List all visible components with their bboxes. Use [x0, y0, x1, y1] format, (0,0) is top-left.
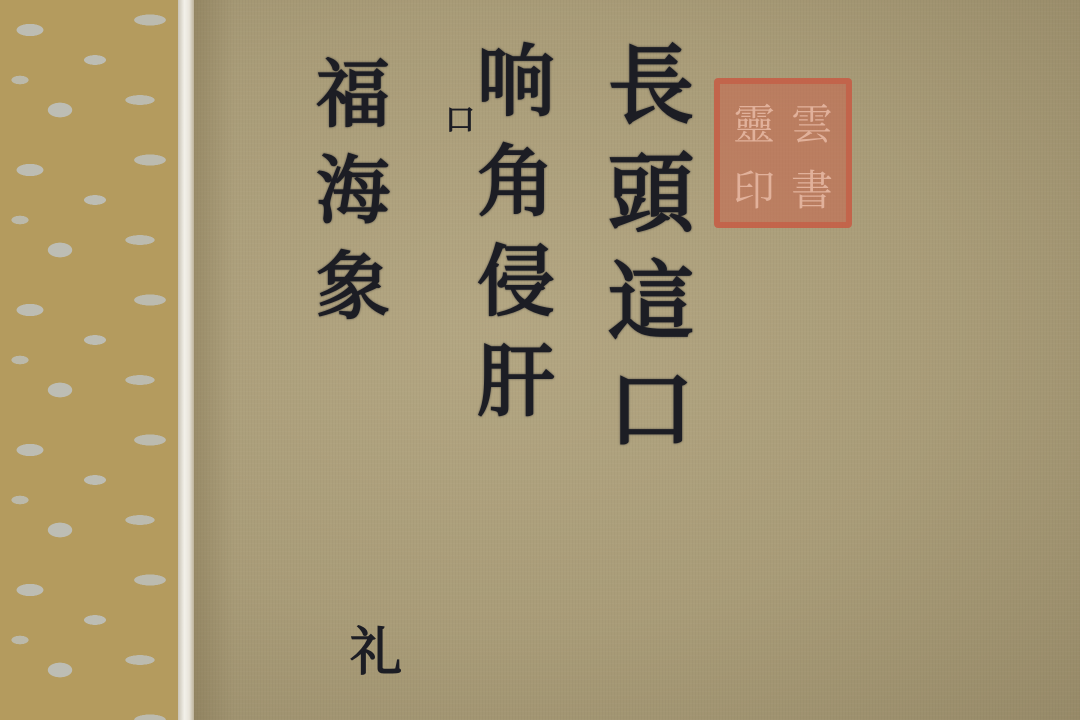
scroll-border-piping — [178, 0, 194, 720]
brocade-mounting — [0, 0, 188, 720]
red-seal-stamp: 靈 雲 印 書 — [714, 78, 852, 228]
calligraphy-column-1: 長頭這口 — [600, 40, 686, 472]
seal-char: 書 — [786, 158, 838, 218]
calligraphy-column-3: 福海象 — [310, 55, 384, 343]
seal-char: 靈 — [728, 92, 780, 152]
seal-char: 印 — [728, 158, 780, 218]
calligraphy-small-char: 口 — [445, 95, 475, 139]
seal-char: 雲 — [786, 92, 838, 152]
calligraphy-column-2: 响角侵肝 — [470, 40, 548, 440]
calligraphy-signature: 礼 — [350, 610, 402, 685]
